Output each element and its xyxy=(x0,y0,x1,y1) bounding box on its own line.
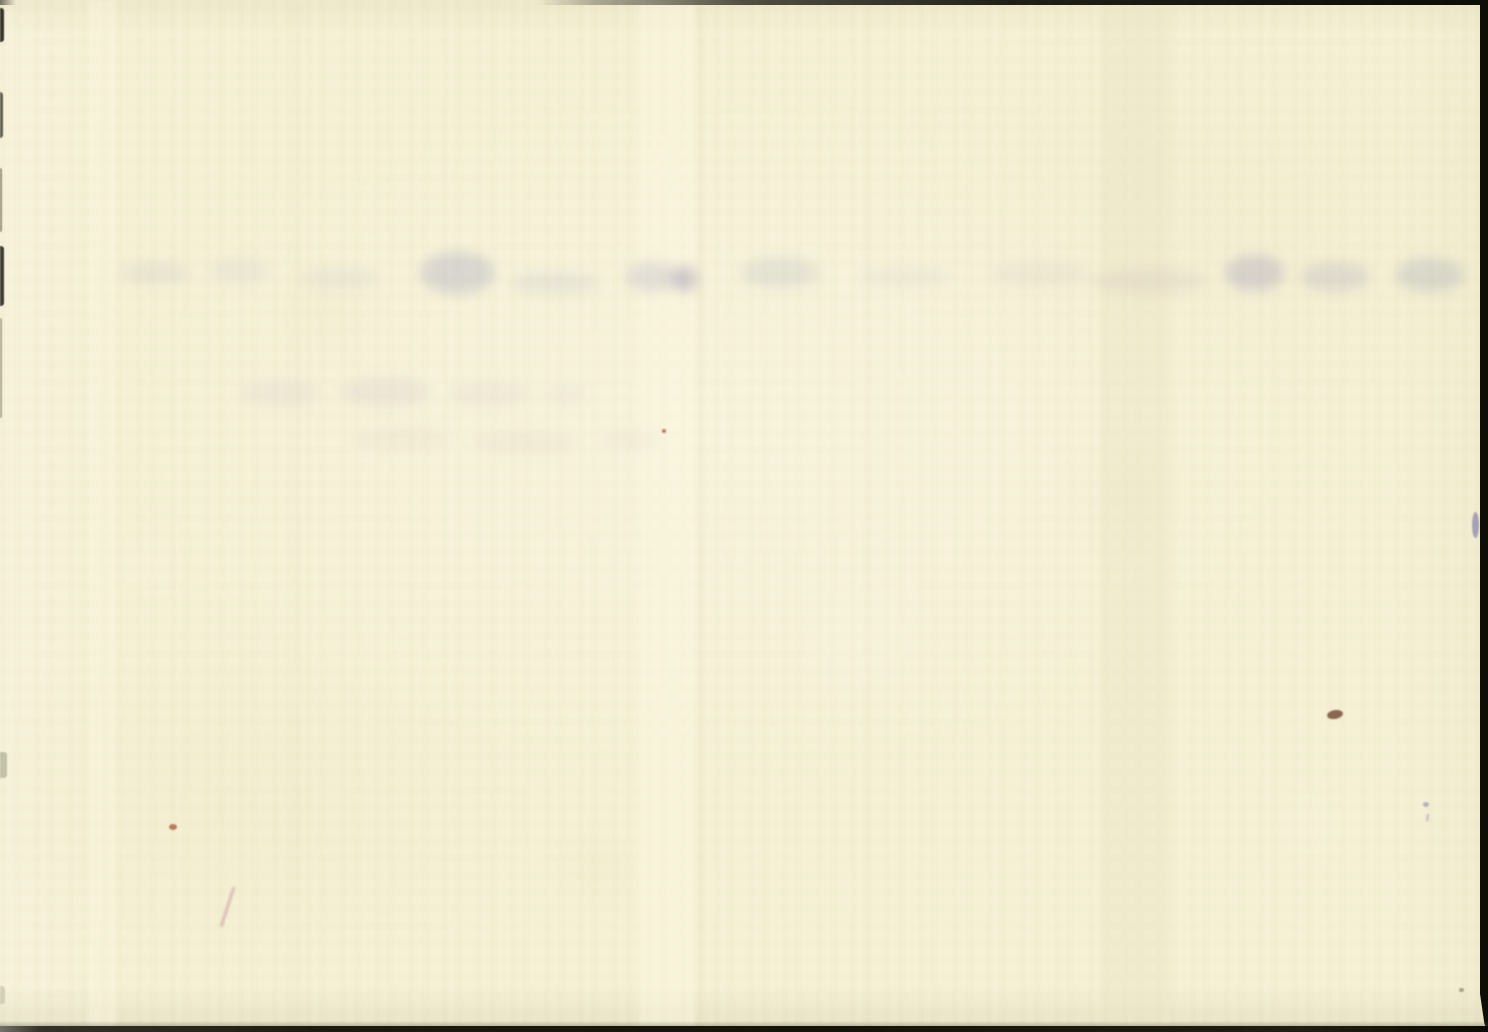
scanner-edge-top xyxy=(0,0,1488,5)
scan-streak xyxy=(700,0,703,1032)
purple-edge-mark xyxy=(1472,512,1479,538)
scan-streak xyxy=(868,0,870,1032)
bleedthrough-blob xyxy=(450,382,530,406)
bleedthrough-blob xyxy=(210,258,270,284)
ink-bleedthrough-layer xyxy=(0,0,1488,1032)
left-edge-mark xyxy=(0,168,2,232)
paper-texture-mottle xyxy=(0,0,1488,1032)
bleedthrough-blob xyxy=(1090,268,1210,294)
brown-speck xyxy=(1326,709,1343,721)
bleedthrough-blob xyxy=(240,380,320,406)
red-speck xyxy=(169,824,177,830)
bleedthrough-blob xyxy=(990,262,1090,286)
paper-specks-layer xyxy=(0,0,1488,1032)
purple-dot-tail xyxy=(1425,813,1429,822)
left-edge-mark xyxy=(0,246,4,306)
left-edge-mark xyxy=(0,8,4,42)
bleedthrough-blob xyxy=(1225,255,1285,291)
small-red-dot xyxy=(662,429,666,433)
left-edge-mark xyxy=(0,986,5,1004)
dark-speck xyxy=(1459,988,1464,992)
scanner-edge-left-layer xyxy=(0,0,1488,1032)
bleedthrough-blob xyxy=(350,428,450,450)
scan-streaks-layer xyxy=(0,0,1488,1032)
bleedthrough-blob xyxy=(420,252,495,294)
bleedthrough-blob xyxy=(340,378,430,406)
left-edge-mark xyxy=(0,752,7,778)
left-edge-mark xyxy=(0,318,2,418)
bleedthrough-blob xyxy=(545,385,585,405)
bleedthrough-blob xyxy=(1300,262,1370,292)
bleedthrough-blob xyxy=(470,432,580,452)
scanned-card-page xyxy=(0,0,1488,1032)
scan-streak xyxy=(296,0,299,1032)
bleedthrough-blob xyxy=(860,268,950,286)
bleedthrough-blob xyxy=(120,262,190,284)
pink-slash-mark xyxy=(220,887,236,928)
bleedthrough-blob xyxy=(510,272,600,294)
bleedthrough-blob xyxy=(300,268,380,288)
purple-dot xyxy=(1423,802,1429,807)
scan-streak xyxy=(1100,0,1170,1032)
scanner-edge-right xyxy=(1480,0,1488,1032)
left-edge-mark xyxy=(0,92,3,138)
bleedthrough-blob xyxy=(625,262,680,292)
bleedthrough-blob xyxy=(672,266,698,292)
scan-streak xyxy=(88,0,116,1032)
bleedthrough-blob xyxy=(740,258,820,288)
bleedthrough-blob xyxy=(1395,258,1465,292)
bleedthrough-blob xyxy=(600,430,660,450)
scan-streak xyxy=(640,0,695,1032)
scanner-edge-bottom xyxy=(0,1026,1488,1032)
